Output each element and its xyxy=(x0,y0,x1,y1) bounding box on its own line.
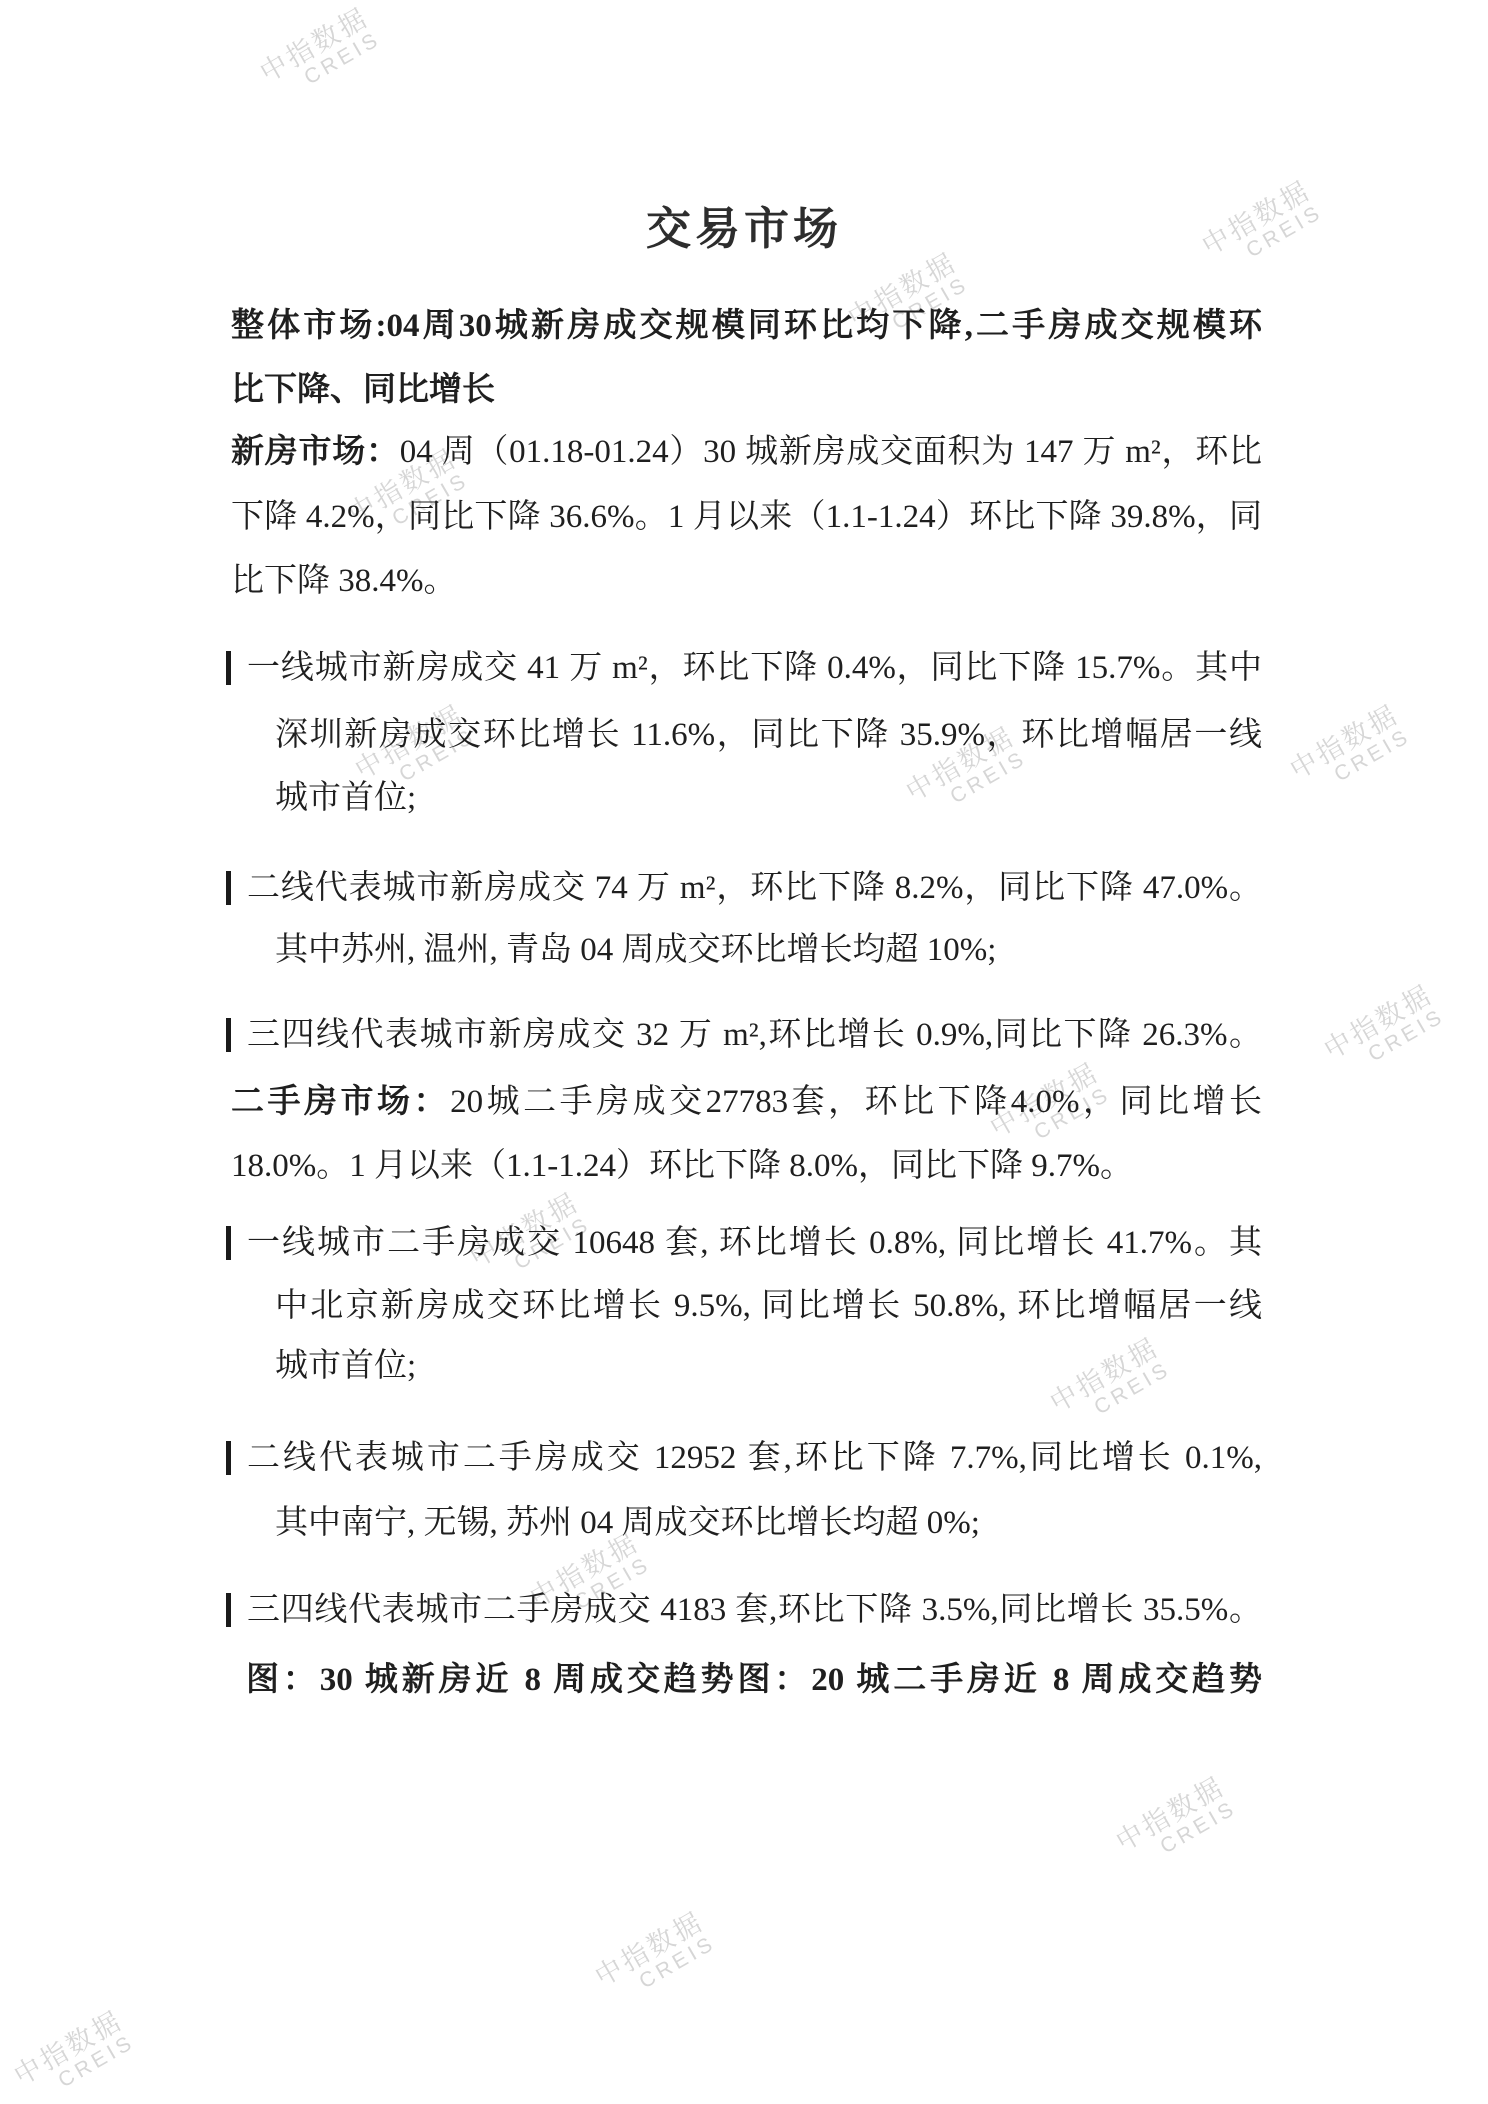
line-text: 三四线代表城市二手房成交 4183 套,环比下降 3.5%,同比增长 35.5%… xyxy=(247,1592,1262,1628)
watermark-cn-text: 中指数据 xyxy=(590,1907,709,1993)
text-line: 二线代表城市新房成交 74 万 m²，环比下降 8.2%，同比下降 47.0%。 xyxy=(247,862,1262,914)
text-line: 其中苏州, 温州, 青岛 04 周成交环比增长均超 10%; xyxy=(275,924,1262,976)
text-line: 18.0%。1 月以来（1.1-1.24）环比下降 8.0%，同比下降 9.7%… xyxy=(231,1140,1262,1192)
page-title: 交易市场 xyxy=(0,192,1488,257)
paragraph-lead-text: 新房市场： xyxy=(231,434,400,470)
line-text: 下降 4.2%，同比下降 36.6%。1 月以来（1.1-1.24）环比下降 3… xyxy=(231,499,1262,535)
line-text: 比下降、同比增长 xyxy=(231,372,495,408)
creis-watermark: 中指数据CREIS xyxy=(9,2006,138,2104)
watermark-cn-text: 中指数据 xyxy=(1319,980,1438,1066)
text-line: 三四线代表城市新房成交 32 万 m²,环比增长 0.9%,同比下降 26.3%… xyxy=(247,1009,1262,1061)
text-line: 三四线代表城市二手房成交 4183 套,环比下降 3.5%,同比增长 35.5%… xyxy=(247,1584,1262,1636)
text-line: 比下降 38.4%。 xyxy=(231,555,1262,607)
watermark-cn-text: 中指数据 xyxy=(255,3,374,89)
watermark-cn-text: 中指数据 xyxy=(1111,1772,1230,1858)
bullet-marker xyxy=(226,1593,231,1627)
text-line: 二线代表城市二手房成交 12952 套,环比下降 7.7%,同比增长 0.1%, xyxy=(247,1432,1262,1484)
line-text: 一线城市新房成交 41 万 m²，环比下降 0.4%，同比下降 15.7%。其中 xyxy=(247,650,1262,686)
watermark-en-text: CREIS xyxy=(1299,724,1414,804)
line-text: 二线代表城市新房成交 74 万 m²，环比下降 8.2%，同比下降 47.0%。 xyxy=(247,870,1262,906)
text-line: 新房市场：04 周（01.18-01.24）30 城新房成交面积为 147 万 … xyxy=(231,426,1262,478)
text-line: 中北京新房成交环比增长 9.5%, 同比增长 50.8%, 环比增幅居一线 xyxy=(275,1280,1262,1332)
text-line: 比下降、同比增长 xyxy=(231,364,1262,416)
bullet-marker xyxy=(226,1018,231,1052)
line-text: 三四线代表城市新房成交 32 万 m²,环比增长 0.9%,同比下降 26.3%… xyxy=(247,1017,1262,1053)
watermark-en-text: CREIS xyxy=(269,27,384,107)
line-text: 04 周（01.18-01.24）30 城新房成交面积为 147 万 m²，环比 xyxy=(400,434,1262,470)
text-line: 一线城市二手房成交 10648 套, 环比增长 0.8%, 同比增长 41.7%… xyxy=(247,1217,1262,1269)
paragraph-lead-text: 二手房市场： xyxy=(231,1084,450,1120)
document-page: 中指数据CREIS中指数据CREIS中指数据CREIS中指数据CREIS中指数据… xyxy=(0,0,1488,2104)
watermark-en-text: CREIS xyxy=(23,2030,138,2104)
line-text: 二线代表城市二手房成交 12952 套,环比下降 7.7%,同比增长 0.1%, xyxy=(247,1440,1262,1476)
bullet-marker xyxy=(226,871,231,905)
text-line: 二手房市场：20城二手房成交27783套，环比下降4.0%，同比增长 xyxy=(231,1076,1262,1128)
watermark-en-text: CREIS xyxy=(1125,1796,1240,1876)
creis-watermark: 中指数据CREIS xyxy=(590,1907,719,2011)
line-text: 其中南宁, 无锡, 苏州 04 周成交环比增长均超 0%; xyxy=(275,1505,980,1541)
line-text: 整体市场:04周30城新房成交规模同环比均下降,二手房成交规模环 xyxy=(231,308,1262,344)
watermark-cn-text: 中指数据 xyxy=(1285,700,1404,786)
line-text: 城市首位; xyxy=(275,1348,416,1384)
watermark-cn-text: 中指数据 xyxy=(9,2006,128,2092)
line-text: 比下降 38.4%。 xyxy=(231,563,457,599)
bullet-marker xyxy=(226,651,231,685)
line-text: 20城二手房成交27783套，环比下降4.0%，同比增长 xyxy=(450,1084,1262,1120)
bullet-marker xyxy=(226,1441,231,1475)
line-text: 城市首位; xyxy=(275,780,416,816)
line-text: 深圳新房成交环比增长 11.6%，同比下降 35.9%，环比增幅居一线 xyxy=(275,717,1262,753)
bullet-marker xyxy=(226,1226,231,1260)
text-line: 一线城市新房成交 41 万 m²，环比下降 0.4%，同比下降 15.7%。其中 xyxy=(247,642,1262,694)
text-line: 城市首位; xyxy=(275,1340,1262,1392)
creis-watermark: 中指数据CREIS xyxy=(1111,1772,1240,1876)
text-line: 城市首位; xyxy=(275,772,1262,824)
text-line: 整体市场:04周30城新房成交规模同环比均下降,二手房成交规模环 xyxy=(231,300,1262,352)
text-line: 其中南宁, 无锡, 苏州 04 周成交环比增长均超 0%; xyxy=(275,1497,1262,1549)
line-text: 中北京新房成交环比增长 9.5%, 同比增长 50.8%, 环比增幅居一线 xyxy=(275,1288,1262,1324)
text-line: 深圳新房成交环比增长 11.6%，同比下降 35.9%，环比增幅居一线 xyxy=(275,709,1262,761)
creis-watermark: 中指数据CREIS xyxy=(1285,700,1414,804)
line-text: 其中苏州, 温州, 青岛 04 周成交环比增长均超 10%; xyxy=(275,932,996,968)
watermark-en-text: CREIS xyxy=(1333,1004,1448,1084)
creis-watermark: 中指数据CREIS xyxy=(1319,980,1448,1084)
text-line: 下降 4.2%，同比下降 36.6%。1 月以来（1.1-1.24）环比下降 3… xyxy=(231,491,1262,543)
text-line: 图：30 城新房近 8 周成交趋势图：20 城二手房近 8 周成交趋势 xyxy=(246,1654,1262,1706)
watermark-en-text: CREIS xyxy=(604,1931,719,2011)
line-text: 18.0%。1 月以来（1.1-1.24）环比下降 8.0%，同比下降 9.7%… xyxy=(231,1148,1133,1184)
creis-watermark: 中指数据CREIS xyxy=(255,3,384,107)
line-text: 图：30 城新房近 8 周成交趋势图：20 城二手房近 8 周成交趋势 xyxy=(246,1662,1262,1698)
line-text: 一线城市二手房成交 10648 套, 环比增长 0.8%, 同比增长 41.7%… xyxy=(247,1225,1262,1261)
